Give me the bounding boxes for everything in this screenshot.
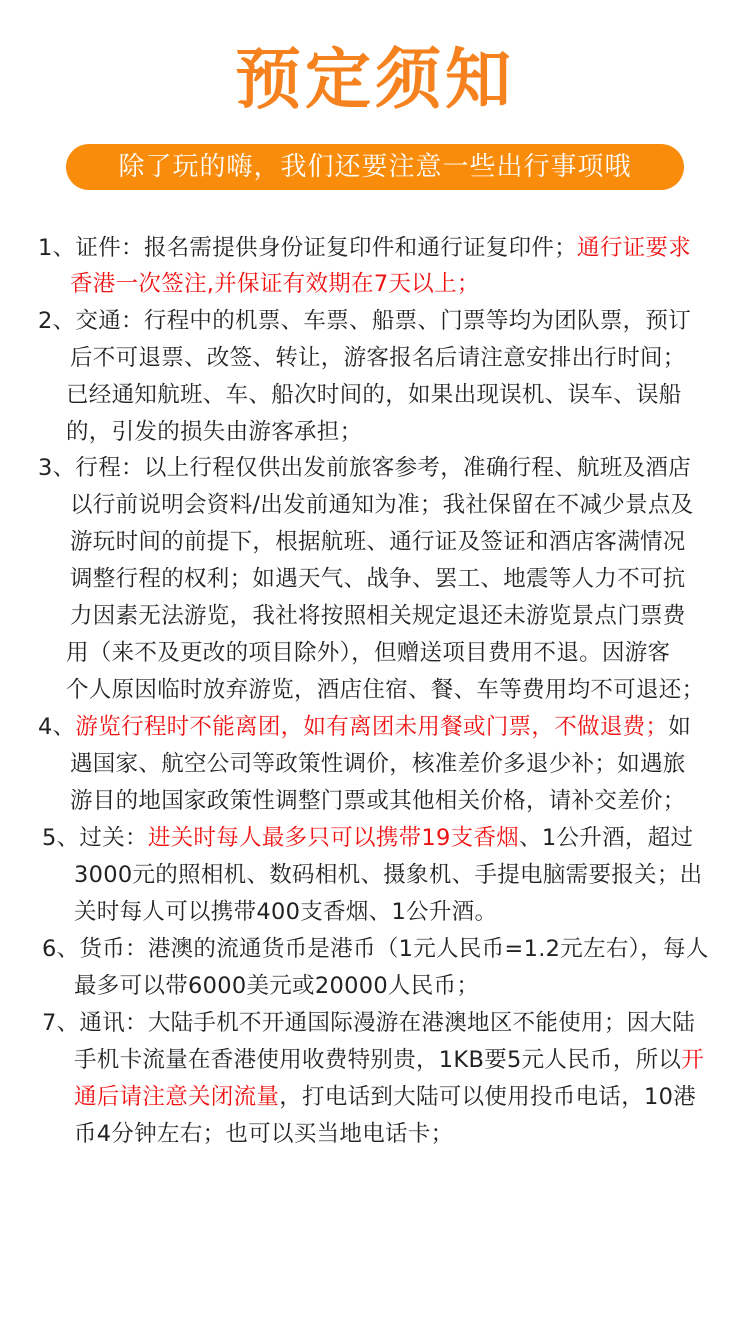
note-text: 1、证件：报名需提供身份证复印件和通行证复印件； <box>38 235 577 261</box>
note-line: 2、交通：行程中的机票、车票、船票、门票等均为团队票，预订 <box>38 303 691 339</box>
note-text: 调整行程的权利；如遇天气、战争、罢工、地震等人力不可抗 <box>70 566 686 592</box>
highlight-text: 开 <box>681 1047 704 1073</box>
note-line: 7、通讯：大陆手机不开通国际漫游在港澳地区不能使用；因大陆 <box>42 1005 695 1041</box>
highlight-text: 通行证要求 <box>577 235 691 261</box>
note-text: 3000元的照相机、数码相机、摄象机、手提电脑需要报关；出 <box>74 862 702 888</box>
note-text: 游玩时间的前提下，根据航班、通行证及签证和酒店客满情况 <box>70 529 686 555</box>
note-line: 手机卡流量在香港使用收费特别贵，1KB要5元人民币，所以开 <box>74 1042 704 1078</box>
note-text: 6、货币：港澳的流通货币是港币（1元人民币=1.2元左右），每人 <box>42 936 709 962</box>
note-text: 游目的地国家政策性调整门票或其他相关价格，请补交差价； <box>70 788 686 814</box>
note-text: 力因素无法游览，我社将按照相关规定退还未游览景点门票费 <box>70 603 686 629</box>
highlight-text: 进关时每人最多只可以携带19支香烟 <box>148 825 519 851</box>
highlight-text: 香港一次签注,并保证有效期在7天以上； <box>70 271 480 297</box>
note-line: 3、行程：以上行程仅供出发前旅客参考，准确行程、航班及酒店 <box>38 450 691 486</box>
note-line: 后不可退票、改签、转让，游客报名后请注意安排出行时间； <box>70 340 686 376</box>
note-text: 手机卡流量在香港使用收费特别贵，1KB要5元人民币，所以 <box>74 1047 681 1073</box>
note-line: 最多可以带6000美元或20000人民币； <box>74 968 479 1004</box>
page-title: 预定须知 <box>0 40 750 120</box>
note-text: 、1公升酒，超过 <box>519 825 693 851</box>
note-text: 后不可退票、改签、转让，游客报名后请注意安排出行时间； <box>70 345 686 371</box>
note-text: 7、通讯：大陆手机不开通国际漫游在港澳地区不能使用；因大陆 <box>42 1010 695 1036</box>
note-text: 5、过关： <box>42 825 148 851</box>
subtitle-banner: 除了玩的嗨，我们还要注意一些出行事项哦 <box>66 144 684 190</box>
note-line: 已经通知航班、车、船次时间的，如果出现误机、误车、误船 <box>66 377 682 413</box>
note-text: 用（来不及更改的项目除外），但赠送项目费用不退。因游客 <box>66 640 670 666</box>
note-text: 如 <box>668 714 691 740</box>
note-text: 遇国家、航空公司等政策性调价，核准差价多退少补；如遇旅 <box>70 751 686 777</box>
highlight-text: 通后请注意关闭流量 <box>74 1084 279 1110</box>
note-line: 遇国家、航空公司等政策性调价，核准差价多退少补；如遇旅 <box>70 746 686 782</box>
highlight-text: 游览行程时不能离团，如有离团未用餐或门票，不做退费； <box>75 714 668 740</box>
note-line: 的，引发的损失由游客承担； <box>66 414 362 450</box>
note-text: 2、交通：行程中的机票、车票、船票、门票等均为团队票，预订 <box>38 308 691 334</box>
note-line: 5、过关：进关时每人最多只可以携带19支香烟、1公升酒，超过 <box>42 820 693 856</box>
note-text: 以行前说明会资料/出发前通知为准；我社保留在不减少景点及 <box>70 492 693 518</box>
note-line: 通后请注意关闭流量，打电话到大陆可以使用投币电话，10港 <box>74 1079 696 1115</box>
note-text: 已经通知航班、车、船次时间的，如果出现误机、误车、误船 <box>66 382 682 408</box>
note-line: 币4分钟左右；也可以买当地电话卡； <box>74 1116 453 1152</box>
note-line: 调整行程的权利；如遇天气、战争、罢工、地震等人力不可抗 <box>70 561 686 597</box>
note-text: 币4分钟左右；也可以买当地电话卡； <box>74 1121 453 1147</box>
note-text: ，打电话到大陆可以使用投币电话，10港 <box>279 1084 696 1110</box>
note-line: 用（来不及更改的项目除外），但赠送项目费用不退。因游客 <box>66 635 670 671</box>
note-line: 游目的地国家政策性调整门票或其他相关价格，请补交差价； <box>70 783 686 819</box>
note-line: 关时每人可以携带400支香烟、1公升酒。 <box>74 894 497 930</box>
note-line: 以行前说明会资料/出发前通知为准；我社保留在不减少景点及 <box>70 487 693 523</box>
note-text: 3、行程：以上行程仅供出发前旅客参考，准确行程、航班及酒店 <box>38 455 691 481</box>
note-line: 游玩时间的前提下，根据航班、通行证及签证和酒店客满情况 <box>70 524 686 560</box>
note-text: 关时每人可以携带400支香烟、1公升酒。 <box>74 899 497 925</box>
note-text: 个人原因临时放弃游览，酒店住宿、餐、车等费用均不可退还； <box>66 677 704 703</box>
note-text: 4、 <box>38 714 75 740</box>
note-line: 6、货币：港澳的流通货币是港币（1元人民币=1.2元左右），每人 <box>42 931 709 967</box>
note-line: 个人原因临时放弃游览，酒店住宿、餐、车等费用均不可退还； <box>66 672 704 708</box>
note-text: 最多可以带6000美元或20000人民币； <box>74 973 479 999</box>
note-line: 香港一次签注,并保证有效期在7天以上； <box>70 266 480 302</box>
note-line: 1、证件：报名需提供身份证复印件和通行证复印件；通行证要求 <box>38 230 691 266</box>
note-line: 力因素无法游览，我社将按照相关规定退还未游览景点门票费 <box>70 598 686 634</box>
note-line: 4、游览行程时不能离团，如有离团未用餐或门票，不做退费；如 <box>38 709 691 745</box>
note-line: 3000元的照相机、数码相机、摄象机、手提电脑需要报关；出 <box>74 857 702 893</box>
note-text: 的，引发的损失由游客承担； <box>66 419 362 445</box>
